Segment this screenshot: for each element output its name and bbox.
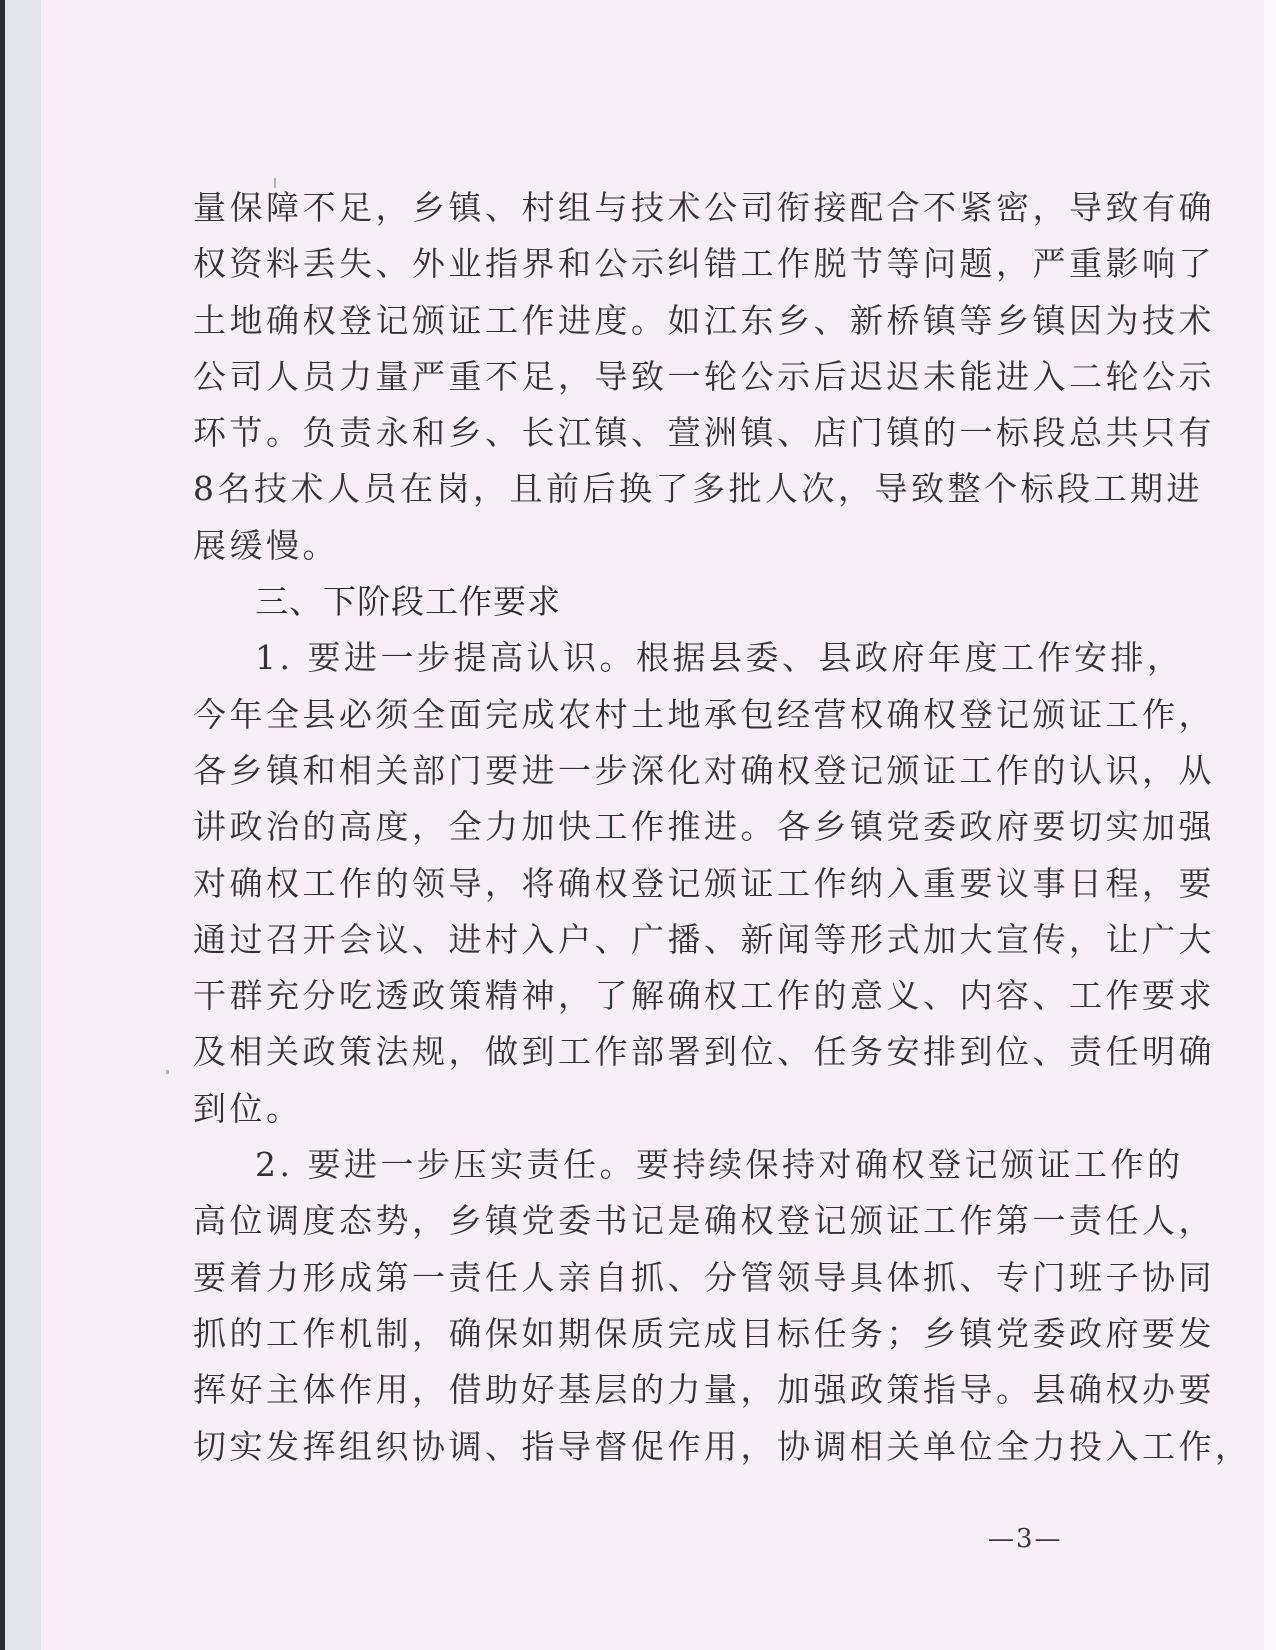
item2-line: 挥好主体作用，借助好基层的力量，加强政策指导。县确权办要	[193, 1362, 1067, 1418]
body-line: 公司人员力量严重不足，导致一轮公示后迟迟未能进入二轮公示	[193, 349, 1067, 405]
item2-line: 高位调度态势，乡镇党委书记是确权登记颁证工作第一责任人，	[193, 1193, 1067, 1249]
item1-line: 各乡镇和相关部门要进一步深化对确权登记颁证工作的认识，从	[193, 743, 1067, 799]
body-line: 土地确权登记颁证工作进度。如江东乡、新桥镇等乡镇因为技术	[193, 293, 1067, 349]
item1-line: 今年全县必须全面完成农村土地承包经营权确权登记颁证工作，	[193, 687, 1067, 743]
item1-line: 及相关政策法规，做到工作部署到位、任务安排到位、责任明确	[193, 1024, 1067, 1080]
scan-edge-right	[1264, 0, 1276, 1650]
body-line: 8名技术人员在岗，且前后换了多批人次，导致整个标段工期进	[193, 461, 1067, 517]
section-heading: 三、下阶段工作要求	[193, 574, 1067, 630]
stray-mark	[166, 1070, 169, 1074]
body-line: 环节。负责永和乡、长江镇、萱洲镇、店门镇的一标段总共只有	[193, 405, 1067, 461]
item1-line: 对确权工作的领导，将确权登记颁证工作纳入重要议事日程，要	[193, 856, 1067, 912]
scan-edge-gray	[5, 0, 41, 1650]
item1-line: 干群充分吃透政策精神，了解确权工作的意义、内容、工作要求	[193, 968, 1067, 1024]
item2-line: 切实发挥组织协调、指导督促作用，协调相关单位全力投入工作，	[193, 1419, 1067, 1475]
body-line: 权资料丢失、外业指界和公示纠错工作脱节等问题，严重影响了	[193, 236, 1067, 292]
body-line: 展缓慢。	[193, 518, 1067, 574]
item1-line: 讲政治的高度，全力加快工作推进。各乡镇党委政府要切实加强	[193, 799, 1067, 855]
item2-line: 要着力形成第一责任人亲自抓、分管领导具体抓、专门班子协同	[193, 1250, 1067, 1306]
body-line: 量保障不足，乡镇、村组与技术公司衔接配合不紧密，导致有确	[193, 180, 1067, 236]
page-number: —3—	[988, 1524, 1063, 1554]
document-body: 量保障不足，乡镇、村组与技术公司衔接配合不紧密，导致有确 权资料丢失、外业指界和…	[193, 180, 1067, 1475]
item1-line: 1. 要进一步提高认识。根据县委、县政府年度工作安排，	[193, 630, 1067, 686]
item2-line: 抓的工作机制，确保如期保质完成目标任务；乡镇党委政府要发	[193, 1306, 1067, 1362]
item1-line: 到位。	[193, 1081, 1067, 1137]
item2-line: 2. 要进一步压实责任。要持续保持对确权登记颁证工作的	[193, 1137, 1067, 1193]
item1-line: 通过召开会议、进村入户、广播、新闻等形式加大宣传，让广大	[193, 912, 1067, 968]
